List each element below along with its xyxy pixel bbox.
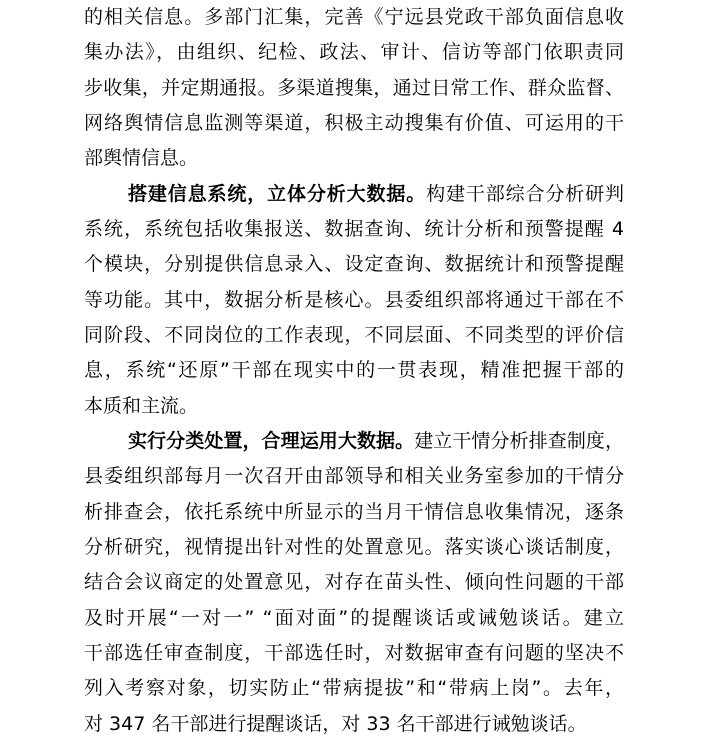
text-line: 集办法》，由组织、纪检、政法、审计、信访等部门依职责同 — [84, 35, 624, 70]
text-line: 网络舆情信息监测等渠道，积极主动搜集有价值、可运用的干 — [84, 106, 624, 141]
text-segment: 建立干情分析排查制度， — [414, 430, 624, 452]
text-segment: 构建干部综合分析研判 — [426, 183, 624, 205]
text-segment: 分析研究，视情提出针对性的处置意见。落实谈心谈话制度， — [84, 536, 624, 558]
text-line: 本质和主流。 — [84, 389, 624, 424]
text-segment: 对 347 名干部进行提醒谈话，对 33 名干部进行诫勉谈话。 — [84, 713, 587, 735]
paragraph: 搭建信息系统，立体分析大数据。构建干部综合分析研判系统，系统包括收集报送、数据查… — [84, 177, 624, 424]
text-line: 等功能。其中，数据分析是核心。县委组织部将通过干部在不 — [84, 283, 624, 318]
text-line: 析排查会，依托系统中所显示的当月干情信息收集情况，逐条 — [84, 495, 624, 530]
text-segment: 析排查会，依托系统中所显示的当月干情信息收集情况，逐条 — [84, 501, 624, 523]
text-line: 部舆情信息。 — [84, 141, 624, 176]
document-page: 的相关信息。多部门汇集，完善《宁远县党政干部负面信息收集办法》，由组织、纪检、政… — [0, 0, 706, 742]
text-line: 及时开展“一对一” “面对面”的提醒谈话或诫勉谈话。建立 — [84, 601, 624, 636]
text-segment: 部舆情信息。 — [84, 147, 198, 169]
text-segment: 息，系统“还原”干部在现实中的一贯表现，精准把握干部的 — [84, 359, 624, 381]
text-column: 的相关信息。多部门汇集，完善《宁远县党政干部负面信息收集办法》，由组织、纪检、政… — [84, 0, 624, 742]
text-line: 县委组织部每月一次召开由部领导和相关业务室参加的干情分 — [84, 459, 624, 494]
text-segment: 县委组织部每月一次召开由部领导和相关业务室参加的干情分 — [84, 465, 624, 487]
text-segment: 网络舆情信息监测等渠道，积极主动搜集有价值、可运用的干 — [84, 112, 624, 134]
bold-text-segment: 实行分类处置，合理运用大数据。 — [128, 430, 414, 452]
text-line: 列入考察对象，切实防止“带病提拔”和“带病上岗”。去年， — [84, 671, 624, 706]
text-line: 分析研究，视情提出针对性的处置意见。落实谈心谈话制度， — [84, 530, 624, 565]
paragraph: 的相关信息。多部门汇集，完善《宁远县党政干部负面信息收集办法》，由组织、纪检、政… — [84, 0, 624, 177]
text-segment: 干部选任审查制度，干部选任时，对数据审查有问题的坚决不 — [84, 642, 624, 664]
text-segment: 的相关信息。多部门汇集，完善《宁远县党政干部负面信息收 — [84, 6, 624, 28]
text-line: 对 347 名干部进行提醒谈话，对 33 名干部进行诫勉谈话。 — [84, 707, 624, 742]
text-line: 实行分类处置，合理运用大数据。建立干情分析排查制度， — [84, 424, 624, 459]
bold-text-segment: 搭建信息系统，立体分析大数据。 — [128, 183, 426, 205]
paragraph: 实行分类处置，合理运用大数据。建立干情分析排查制度，县委组织部每月一次召开由部领… — [84, 424, 624, 742]
text-segment: 个模块，分别提供信息录入、设定查询、数据统计和预警提醒 — [84, 253, 624, 275]
text-line: 干部选任审查制度，干部选任时，对数据审查有问题的坚决不 — [84, 636, 624, 671]
text-segment: 步收集，并定期通报。多渠道搜集，通过日常工作、群众监督、 — [84, 77, 624, 99]
text-line: 同阶段、不同岗位的工作表现，不同层面、不同类型的评价信 — [84, 318, 624, 353]
text-segment: 本质和主流。 — [84, 395, 198, 417]
text-line: 步收集，并定期通报。多渠道搜集，通过日常工作、群众监督、 — [84, 71, 624, 106]
text-line: 结合会议商定的处置意见，对存在苗头性、倾向性问题的干部 — [84, 565, 624, 600]
text-segment: 及时开展“一对一” “面对面”的提醒谈话或诫勉谈话。建立 — [84, 607, 624, 629]
text-line: 搭建信息系统，立体分析大数据。构建干部综合分析研判 — [84, 177, 624, 212]
text-line: 个模块，分别提供信息录入、设定查询、数据统计和预警提醒 — [84, 247, 624, 282]
text-segment: 结合会议商定的处置意见，对存在苗头性、倾向性问题的干部 — [84, 571, 624, 593]
text-segment: 列入考察对象，切实防止“带病提拔”和“带病上岗”。去年， — [84, 677, 624, 699]
text-segment: 同阶段、不同岗位的工作表现，不同层面、不同类型的评价信 — [84, 324, 624, 346]
text-line: 息，系统“还原”干部在现实中的一贯表现，精准把握干部的 — [84, 353, 624, 388]
text-line: 系统，系统包括收集报送、数据查询、统计分析和预警提醒 4 — [84, 212, 624, 247]
text-segment: 等功能。其中，数据分析是核心。县委组织部将通过干部在不 — [84, 289, 624, 311]
text-segment: 系统，系统包括收集报送、数据查询、统计分析和预警提醒 4 — [84, 218, 624, 240]
text-line: 的相关信息。多部门汇集，完善《宁远县党政干部负面信息收 — [84, 0, 624, 35]
text-segment: 集办法》，由组织、纪检、政法、审计、信访等部门依职责同 — [84, 41, 624, 63]
